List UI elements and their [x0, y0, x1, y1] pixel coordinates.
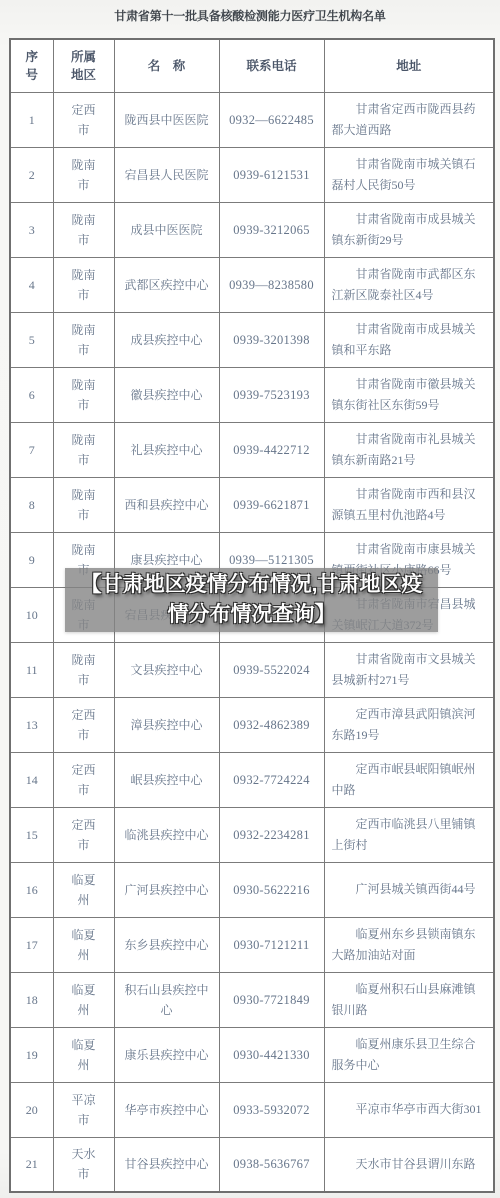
page-title: 甘肃省第十一批具备核酸检测能力医疗卫生机构名单 — [0, 7, 500, 24]
address-cell: 广河县城关镇西街44号 — [324, 862, 494, 917]
address-cell: 定西市漳县武阳镇滨河东路19号 — [324, 697, 494, 752]
seq-cell: 18 — [10, 972, 53, 1027]
seq-cell: 19 — [10, 1027, 53, 1082]
col-header-region: 所属地区 — [53, 39, 114, 92]
seq-cell: 7 — [10, 422, 53, 477]
seq-cell: 5 — [10, 312, 53, 367]
address-cell: 临夏州积石山县麻滩镇银川路 — [324, 972, 494, 1027]
name-cell: 康乐县疾控中心 — [114, 1027, 219, 1082]
address-cell: 甘肃省陇南市礼县城关镇东新南路21号 — [324, 422, 494, 477]
region-cell: 陇南市 — [53, 257, 114, 312]
table-row: 17临夏州东乡县疾控中心0930-7121211临夏州东乡县锁南镇东大路加油站对… — [10, 917, 494, 972]
table-row: 13定西市漳县疾控中心0932-4862389定西市漳县武阳镇滨河东路19号 — [10, 697, 494, 752]
address-cell: 平凉市华亭市西大街301 — [324, 1082, 494, 1137]
table-row: 7陇南市礼县疾控中心0939-4422712甘肃省陇南市礼县城关镇东新南路21号 — [10, 422, 494, 477]
table-row: 14定西市岷县疾控中心0932-7724224定西市岷县岷阳镇岷州中路 — [10, 752, 494, 807]
phone-cell: 0939-3201398 — [219, 312, 324, 367]
region-cell: 临夏州 — [53, 917, 114, 972]
region-cell: 定西市 — [53, 807, 114, 862]
region-cell: 定西市 — [53, 697, 114, 752]
seq-cell: 10 — [10, 587, 53, 642]
name-cell: 积石山县疾控中心 — [114, 972, 219, 1027]
name-cell: 陇西县中医医院 — [114, 92, 219, 147]
name-cell: 甘谷县疾控中心 — [114, 1137, 219, 1192]
phone-cell: 0939-5522024 — [219, 642, 324, 697]
phone-cell: 0932-2234281 — [219, 807, 324, 862]
name-cell: 成县疾控中心 — [114, 312, 219, 367]
seq-cell: 9 — [10, 532, 53, 587]
name-cell: 漳县疾控中心 — [114, 697, 219, 752]
name-cell: 西和县疾控中心 — [114, 477, 219, 532]
address-cell: 甘肃省陇南市文县城关县城新村271号 — [324, 642, 494, 697]
phone-cell: 0939-6621871 — [219, 477, 324, 532]
phone-cell: 0938-5636767 — [219, 1137, 324, 1192]
watermark-text-line2: 情分布情况查询】 — [65, 600, 438, 630]
col-header-seq: 序号 — [10, 39, 53, 92]
table-row: 15定西市临洮县疾控中心0932-2234281定西市临洮县八里铺镇上街村 — [10, 807, 494, 862]
region-cell: 天水市 — [53, 1137, 114, 1192]
seq-cell: 14 — [10, 752, 53, 807]
col-header-phone: 联系电话 — [219, 39, 324, 92]
address-cell: 定西市岷县岷阳镇岷州中路 — [324, 752, 494, 807]
address-cell: 天水市甘谷县谓川东路 — [324, 1137, 494, 1192]
phone-cell: 0930-5622216 — [219, 862, 324, 917]
name-cell: 东乡县疾控中心 — [114, 917, 219, 972]
address-cell: 临夏州康乐县卫生综合服务中心 — [324, 1027, 494, 1082]
region-cell: 临夏州 — [53, 1027, 114, 1082]
document-page: 甘肃省第十一批具备核酸检测能力医疗卫生机构名单 序号 所属地区 名 称 联系电话… — [0, 0, 500, 1198]
table-header-row: 序号 所属地区 名 称 联系电话 地址 — [10, 39, 494, 92]
region-cell: 陇南市 — [53, 422, 114, 477]
region-cell: 陇南市 — [53, 202, 114, 257]
region-cell: 陇南市 — [53, 367, 114, 422]
seq-cell: 3 — [10, 202, 53, 257]
seq-cell: 6 — [10, 367, 53, 422]
region-cell: 临夏州 — [53, 862, 114, 917]
name-cell: 文县疾控中心 — [114, 642, 219, 697]
region-cell: 定西市 — [53, 92, 114, 147]
table-row: 21天水市甘谷县疾控中心0938-5636767天水市甘谷县谓川东路 — [10, 1137, 494, 1192]
region-cell: 陇南市 — [53, 147, 114, 202]
phone-cell: 0933-5932072 — [219, 1082, 324, 1137]
seq-cell: 4 — [10, 257, 53, 312]
col-header-name: 名 称 — [114, 39, 219, 92]
table-body: 1定西市陇西县中医医院0932—6622485甘肃省定西市陇西县药都大道西路2陇… — [10, 92, 494, 1192]
name-cell: 广河县疾控中心 — [114, 862, 219, 917]
seq-cell: 13 — [10, 697, 53, 752]
address-cell: 甘肃省陇南市西和县汉源镇五里村仇池路4号 — [324, 477, 494, 532]
phone-cell: 0930-4421330 — [219, 1027, 324, 1082]
phone-cell: 0932—6622485 — [219, 92, 324, 147]
table-row: 2陇南市宕昌县人民医院0939-6121531甘肃省陇南市城关镇石磊村人民街50… — [10, 147, 494, 202]
address-cell: 甘肃省陇南市武都区东江新区陇泰社区4号 — [324, 257, 494, 312]
region-cell: 临夏州 — [53, 972, 114, 1027]
phone-cell: 0939-7523193 — [219, 367, 324, 422]
watermark-text-line1: 【甘肃地区疫情分布情况,甘肃地区疫 — [65, 570, 438, 600]
region-cell: 定西市 — [53, 752, 114, 807]
seq-cell: 21 — [10, 1137, 53, 1192]
region-cell: 陇南市 — [53, 642, 114, 697]
table-row: 11陇南市文县疾控中心0939-5522024甘肃省陇南市文县城关县城新村271… — [10, 642, 494, 697]
table-row: 8陇南市西和县疾控中心0939-6621871甘肃省陇南市西和县汉源镇五里村仇池… — [10, 477, 494, 532]
address-cell: 甘肃省陇南市成县城关镇东新街29号 — [324, 202, 494, 257]
table-row: 6陇南市徽县疾控中心0939-7523193甘肃省陇南市徽县城关镇东街社区东街5… — [10, 367, 494, 422]
name-cell: 华亭市疾控中心 — [114, 1082, 219, 1137]
address-cell: 甘肃省陇南市成县城关镇和平东路 — [324, 312, 494, 367]
address-cell: 甘肃省定西市陇西县药都大道西路 — [324, 92, 494, 147]
phone-cell: 0939-3212065 — [219, 202, 324, 257]
phone-cell: 0930-7121211 — [219, 917, 324, 972]
table-row: 19临夏州康乐县疾控中心0930-4421330临夏州康乐县卫生综合服务中心 — [10, 1027, 494, 1082]
region-cell: 陇南市 — [53, 477, 114, 532]
phone-cell: 0932-4862389 — [219, 697, 324, 752]
address-cell: 甘肃省陇南市徽县城关镇东街社区东街59号 — [324, 367, 494, 422]
col-header-address: 地址 — [324, 39, 494, 92]
name-cell: 宕昌县人民医院 — [114, 147, 219, 202]
table-row: 1定西市陇西县中医医院0932—6622485甘肃省定西市陇西县药都大道西路 — [10, 92, 494, 147]
phone-cell: 0932-7724224 — [219, 752, 324, 807]
name-cell: 徽县疾控中心 — [114, 367, 219, 422]
name-cell: 临洮县疾控中心 — [114, 807, 219, 862]
phone-cell: 0930-7721849 — [219, 972, 324, 1027]
phone-cell: 0939-6121531 — [219, 147, 324, 202]
seq-cell: 8 — [10, 477, 53, 532]
phone-cell: 0939—8238580 — [219, 257, 324, 312]
phone-cell: 0939-4422712 — [219, 422, 324, 477]
address-cell: 临夏州东乡县锁南镇东大路加油站对面 — [324, 917, 494, 972]
table-row: 20平凉市华亭市疾控中心0933-5932072平凉市华亭市西大街301 — [10, 1082, 494, 1137]
name-cell: 成县中医医院 — [114, 202, 219, 257]
seq-cell: 20 — [10, 1082, 53, 1137]
table-row: 16临夏州广河县疾控中心0930-5622216广河县城关镇西街44号 — [10, 862, 494, 917]
region-cell: 平凉市 — [53, 1082, 114, 1137]
address-cell: 甘肃省陇南市城关镇石磊村人民街50号 — [324, 147, 494, 202]
seq-cell: 17 — [10, 917, 53, 972]
seq-cell: 11 — [10, 642, 53, 697]
name-cell: 武都区疾控中心 — [114, 257, 219, 312]
table-row: 18临夏州积石山县疾控中心0930-7721849临夏州积石山县麻滩镇银川路 — [10, 972, 494, 1027]
seq-cell: 2 — [10, 147, 53, 202]
table-row: 4陇南市武都区疾控中心0939—8238580甘肃省陇南市武都区东江新区陇泰社区… — [10, 257, 494, 312]
seq-cell: 1 — [10, 92, 53, 147]
table-row: 5陇南市成县疾控中心0939-3201398甘肃省陇南市成县城关镇和平东路 — [10, 312, 494, 367]
region-cell: 陇南市 — [53, 312, 114, 367]
watermark-overlay: 【甘肃地区疫情分布情况,甘肃地区疫 情分布情况查询】 — [65, 568, 438, 632]
seq-cell: 15 — [10, 807, 53, 862]
seq-cell: 16 — [10, 862, 53, 917]
table-row: 3陇南市成县中医医院0939-3212065甘肃省陇南市成县城关镇东新街29号 — [10, 202, 494, 257]
name-cell: 礼县疾控中心 — [114, 422, 219, 477]
name-cell: 岷县疾控中心 — [114, 752, 219, 807]
address-cell: 定西市临洮县八里铺镇上街村 — [324, 807, 494, 862]
